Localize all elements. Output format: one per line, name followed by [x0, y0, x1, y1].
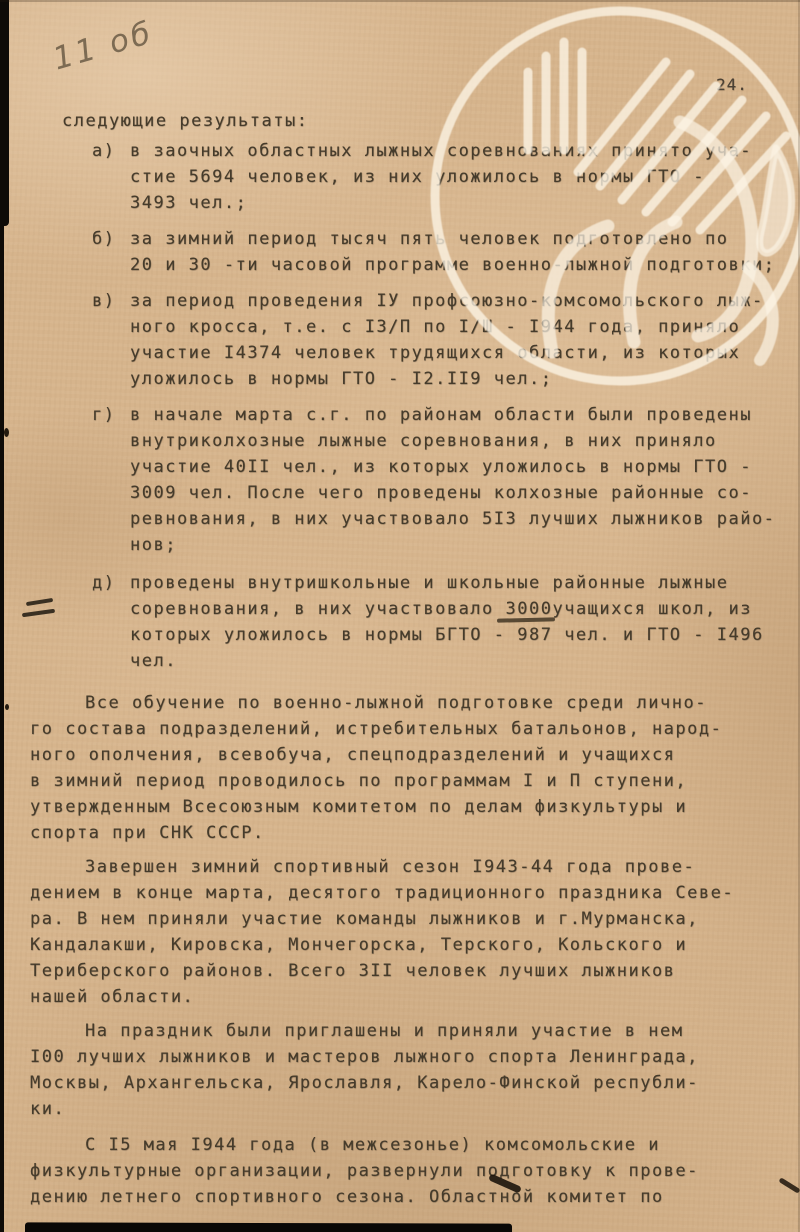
list-item-a: а) в заочных областных лыжных соревнован…	[130, 138, 800, 216]
typed-text-block: следующие результаты: а) в заочных облас…	[0, 0, 800, 1232]
typed-line: уложилось в нормы ГТО - I2.II9 чел.;	[130, 366, 800, 392]
handwritten-double-dash-mark	[22, 598, 56, 622]
typed-line: в начале марта с.г. по районам области б…	[130, 402, 800, 428]
edge-speck	[4, 428, 9, 437]
typed-line: утвержденным Всесоюзным комитетом по дел…	[30, 794, 800, 820]
underlined-number: 3000	[506, 599, 553, 619]
typed-line: физкультурные организации, развернули по…	[30, 1158, 800, 1184]
typed-line: внутриколхозные лыжные соревнования, в н…	[130, 428, 800, 454]
typed-line: Териберского районов. Всего 3II человек …	[30, 958, 800, 984]
list-item-b: б) за зимний период тысяч пять человек п…	[130, 226, 800, 278]
typed-line: Москвы, Архангельска, Ярославля, Карело-…	[30, 1070, 800, 1096]
typed-text: учащихся школ, из	[552, 599, 752, 619]
typed-text: соревнования, в них участвовало	[130, 599, 506, 619]
typed-line: ного ополчения, всевобуча, спецподраздел…	[30, 742, 800, 768]
scan-edge-top	[0, 0, 800, 2]
typed-line: го состава подразделений, истребительных…	[30, 716, 800, 742]
typed-line: 20 и 30 -ти часовой программе военно-лыж…	[130, 252, 800, 278]
typed-line: участие I4374 человек трудящихся области…	[130, 340, 800, 366]
typed-line: Завершен зимний спортивный сезон I943-44…	[85, 854, 800, 880]
list-item-label: д)	[92, 570, 115, 596]
typed-line: На праздник были приглашены и приняли уч…	[85, 1018, 800, 1044]
typed-line: ра. В нем приняли участие команды лыжник…	[30, 906, 800, 932]
typed-line: за период проведения IУ профсоюзно-комсо…	[130, 288, 800, 314]
typed-line: ревнования, в них участвовало 5I3 лучших…	[130, 506, 800, 532]
intro-line: следующие результаты:	[62, 108, 800, 134]
typed-line: чел.	[130, 648, 800, 674]
list-item-label: г)	[92, 402, 115, 428]
typed-line: Все обучение по военно-лыжной подготовке…	[85, 690, 800, 716]
typed-line: 3493 чел.;	[130, 190, 800, 216]
scan-edge-bottom-bar	[25, 1222, 512, 1232]
typed-line: нов;	[130, 532, 800, 558]
typed-line: ки.	[30, 1096, 800, 1122]
typed-line: в заочных областных лыжных соревнованиях…	[130, 138, 800, 164]
typed-line: 3009 чел. После чего проведены колхозные…	[130, 480, 800, 506]
typed-line: которых уложилось в нормы БГТО - 987 чел…	[130, 622, 800, 648]
scan-edge-left-top	[0, 0, 9, 226]
typed-line: участие 40II чел., из которых уложилось …	[130, 454, 800, 480]
paragraph: Все обучение по военно-лыжной подготовке…	[30, 690, 800, 846]
typed-line: спорта при СНК СССР.	[30, 820, 800, 846]
pencil-stroke	[22, 609, 55, 618]
typed-line: дением в конце марта, десятого традицион…	[30, 880, 800, 906]
typed-line: I00 лучших лыжников и мастеров лыжного с…	[30, 1044, 800, 1070]
typed-line: С I5 мая I944 года (в межсезонье) комсом…	[85, 1132, 800, 1158]
list-item-label: б)	[92, 226, 115, 252]
typed-line: за зимний период тысяч пять человек подг…	[130, 226, 800, 252]
paragraph: С I5 мая I944 года (в межсезонье) комсом…	[30, 1132, 800, 1210]
paragraph: На праздник были приглашены и приняли уч…	[30, 1018, 800, 1122]
list-item-v: в) за период проведения IУ профсоюзно-ко…	[130, 288, 800, 392]
typed-line: проведены внутришкольные и школьные райо…	[130, 570, 800, 596]
edge-speck	[5, 704, 9, 710]
list-item-label: в)	[92, 288, 115, 314]
typed-line: дению летнего спортивного сезона. Област…	[30, 1184, 800, 1210]
typed-line: стие 5694 человек, из них уложилось в но…	[130, 164, 800, 190]
typed-line: ного кросса, т.е. с I3/П по I/Ш - I944 г…	[130, 314, 800, 340]
typed-line: нашей области.	[30, 984, 800, 1010]
paragraph: Завершен зимний спортивный сезон I943-44…	[30, 854, 800, 1010]
typed-line: Кандалакши, Кировска, Мончегорска, Терск…	[30, 932, 800, 958]
list-item-g: г) в начале марта с.г. по районам област…	[130, 402, 800, 558]
typed-line: в зимний период проводилось по программа…	[30, 768, 800, 794]
list-item-d: д) проведены внутришкольные и школьные р…	[130, 570, 800, 674]
typed-line-with-underline: соревнования, в них участвовало 3000учащ…	[130, 596, 800, 622]
scanned-document-page: 11 об 24. следующие результаты: а) в зао…	[0, 0, 800, 1232]
list-item-label: а)	[92, 138, 115, 164]
pencil-stroke	[26, 598, 53, 606]
